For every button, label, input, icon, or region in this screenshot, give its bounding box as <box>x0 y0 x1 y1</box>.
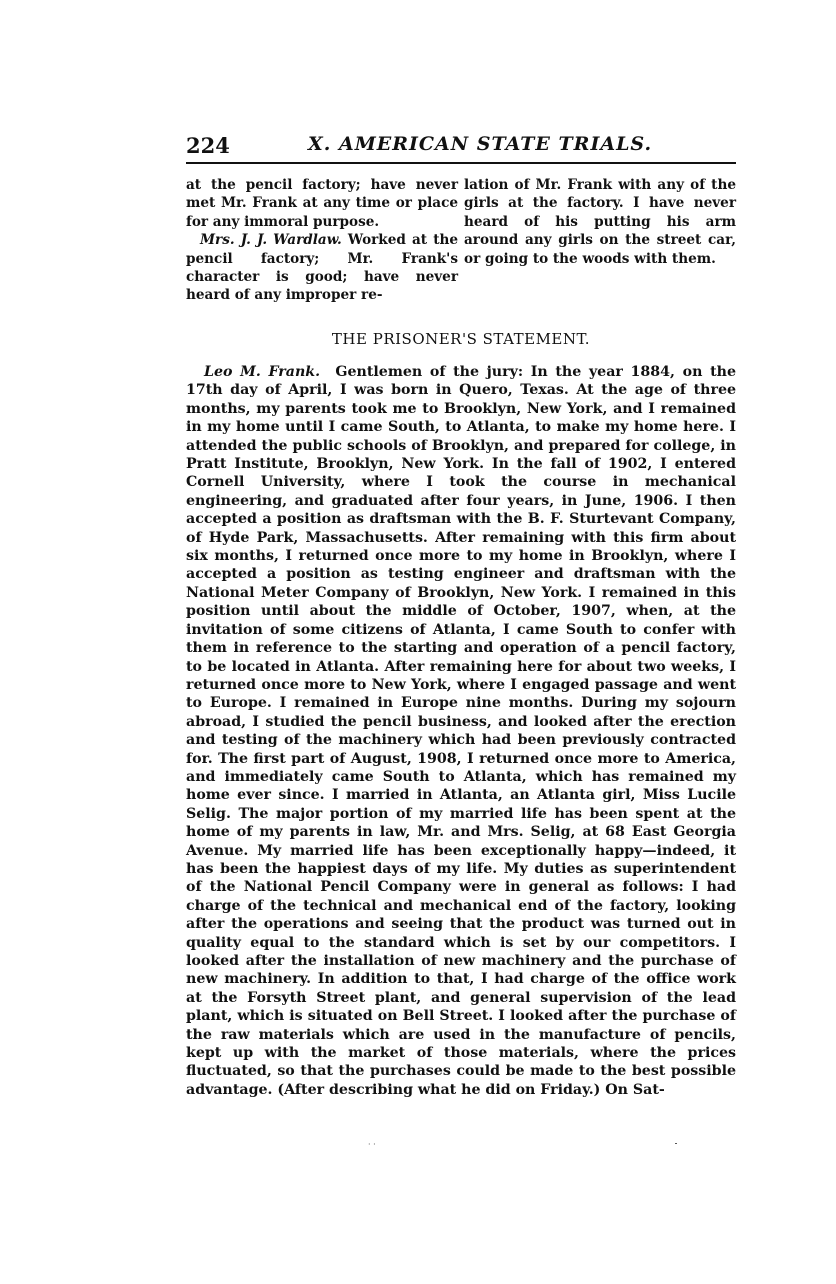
statement-body: Leo M. Frank. Gentlemen of the jury: In … <box>186 363 736 1099</box>
header-rule <box>186 162 736 164</box>
statement-paragraph: Leo M. Frank. Gentlemen of the jury: In … <box>186 363 736 1099</box>
page-number: 224 <box>186 133 230 158</box>
right-column: lation of Mr. Frank with any of the girl… <box>464 176 736 305</box>
witness-name: Mrs. J. J. Wardlaw. <box>200 232 342 248</box>
scan-artifact <box>675 1143 677 1144</box>
testimony-continuation: at the pencil factory; have never met Mr… <box>186 176 458 231</box>
statement-text: Gentlemen of the jury: In the year 1884,… <box>186 364 736 1098</box>
testimony-continuation-right: lation of Mr. Frank with any of the girl… <box>464 176 736 268</box>
speaker-name: Leo M. Frank. <box>204 364 320 380</box>
left-column: at the pencil factory; have never met Mr… <box>186 176 458 305</box>
running-title: X. AMERICAN STATE TRIALS. <box>308 133 652 155</box>
witness-testimony: Mrs. J. J. Wardlaw. Worked at the pencil… <box>186 231 458 305</box>
page-header: 224 X. AMERICAN STATE TRIALS. <box>186 133 736 163</box>
two-column-block: at the pencil factory; have never met Mr… <box>186 176 736 305</box>
scan-artifact: · · <box>368 1140 376 1149</box>
section-heading: THE PRISONER'S STATEMENT. <box>186 330 736 348</box>
